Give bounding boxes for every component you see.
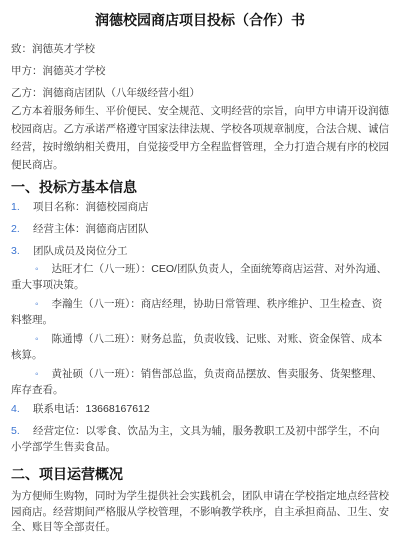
team-member-text: 达旺才仁（八一班）：CEO/团队负责人，全面统筹商店运营、对外沟通、重大事项决策… bbox=[11, 263, 387, 291]
list-number: 4. bbox=[11, 402, 33, 417]
party-a-line: 甲方：润德英才学校 bbox=[11, 64, 389, 78]
list-number: 2. bbox=[11, 222, 33, 237]
section-2-heading: 二、项目运营概况 bbox=[11, 464, 389, 484]
numbered-item-5: 5.经营定位：以零食、饮品为主，文具为辅，服务教职工及初中部学生，不向小学部学生… bbox=[11, 423, 389, 455]
document-title: 润德校园商店项目投标（合作）书 bbox=[11, 10, 389, 30]
list-item-text: 团队成员及岗位分工 bbox=[33, 245, 128, 257]
operations-paragraph: 为方便师生购物，同时为学生提供社会实践机会，团队申请在学校指定地点经营校园商店。… bbox=[11, 489, 389, 536]
list-number: 3. bbox=[11, 244, 33, 259]
team-member-text: 李瀚生（八一班）：商店经理，协助日常管理、秩序维护、卫生检查、资料整理。 bbox=[11, 298, 382, 326]
list-item-text: 经营定位：以零食、饮品为主，文具为辅，服务教职工及初中部学生，不向小学部学生售卖… bbox=[11, 425, 380, 453]
team-member-text: 黄祉硕（八一班）：销售部总监，负责商品摆放、售卖服务、货架整理、库存查看。 bbox=[11, 368, 382, 396]
numbered-item-3: 3.团队成员及岗位分工 bbox=[11, 244, 389, 259]
list-item-text: 联系电话：13668167612 bbox=[33, 403, 150, 415]
numbered-item-2: 2.经营主体：润德商店团队 bbox=[11, 222, 389, 237]
team-member-item: ◦黄祉硕（八一班）：销售部总监，负责商品摆放、售卖服务、货架整理、库存查看。 bbox=[11, 367, 389, 398]
list-item-text: 项目名称：润德校园商店 bbox=[33, 201, 149, 213]
team-member-item: ◦达旺才仁（八一班）：CEO/团队负责人，全面统筹商店运营、对外沟通、重大事项决… bbox=[11, 262, 389, 293]
team-member-text: 陈通博（八二班）：财务总监，负责收钱、记账、对账、资金保管、成本核算。 bbox=[11, 333, 382, 361]
team-member-item: ◦李瀚生（八一班）：商店经理，协助日常管理、秩序维护、卫生检查、资料整理。 bbox=[11, 297, 389, 328]
numbered-item-1: 1.项目名称：润德校园商店 bbox=[11, 200, 389, 215]
document-page: 润德校园商店项目投标（合作）书 致：润德英才学校 甲方：润德英才学校 乙方：润德… bbox=[0, 0, 400, 536]
bullet-icon: ◦ bbox=[35, 264, 39, 275]
numbered-item-4: 4.联系电话：13668167612 bbox=[11, 402, 389, 417]
bullet-icon: ◦ bbox=[35, 299, 39, 310]
bullet-icon: ◦ bbox=[35, 369, 39, 380]
list-item-text: 经营主体：润德商店团队 bbox=[33, 223, 149, 235]
section-1-heading: 一、投标方基本信息 bbox=[11, 177, 389, 197]
party-b-line: 乙方：润德商店团队（八年级经营小组） bbox=[11, 86, 389, 100]
recipient-line: 致：润德英才学校 bbox=[11, 42, 389, 56]
list-number: 1. bbox=[11, 200, 33, 215]
intro-paragraph: 乙方本着服务师生、平价便民、安全规范、文明经营的宗旨，向甲方申请开设润德校园商店… bbox=[11, 102, 389, 174]
team-member-item: ◦陈通博（八二班）：财务总监，负责收钱、记账、对账、资金保管、成本核算。 bbox=[11, 332, 389, 363]
bullet-icon: ◦ bbox=[35, 334, 39, 345]
list-number: 5. bbox=[11, 423, 33, 439]
